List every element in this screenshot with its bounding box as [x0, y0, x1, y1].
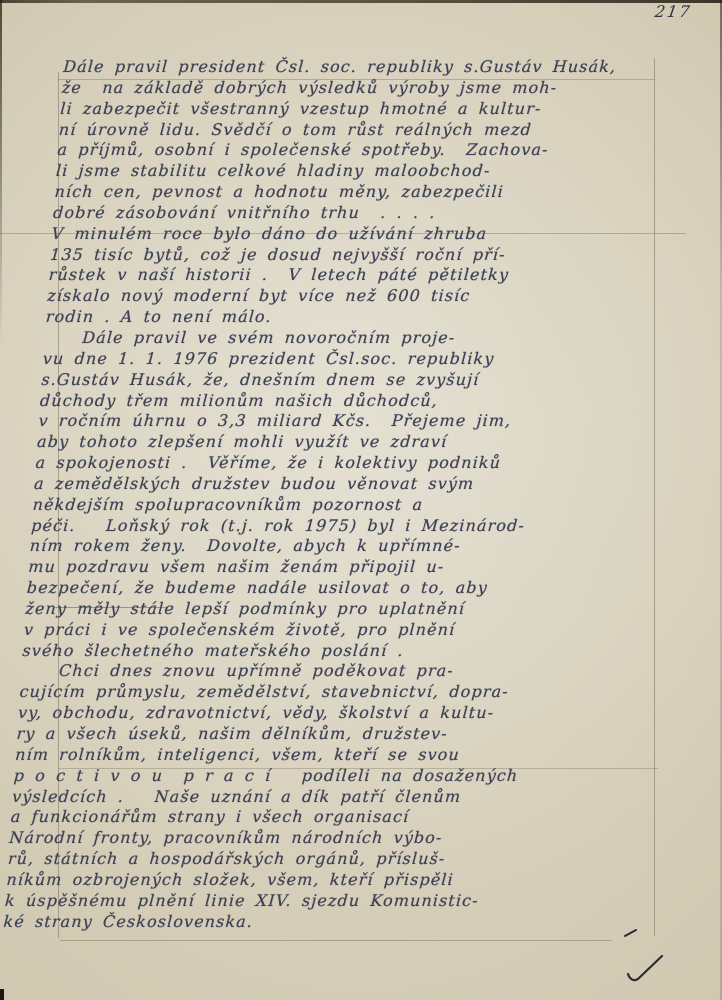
- handwritten-line: vu dne 1. 1. 1976 prezident Čsl.soc. rep…: [42, 349, 643, 370]
- scan-edge-bottom-left: [0, 989, 4, 1000]
- scan-edge-top: [0, 0, 722, 3]
- handwritten-line: a funkcionářům strany i všech organisací: [10, 807, 611, 828]
- handwritten-line: vy, obchodu, zdravotnictví, vědy, školst…: [17, 703, 618, 724]
- handwritten-line: růstek v naší historii . V letech páté p…: [48, 265, 649, 286]
- checkmark-icon: [622, 950, 670, 988]
- handwritten-line: mu pozdravu všem našim ženám připojil u-: [28, 557, 629, 578]
- handwritten-line: ženy měly stále lepší podmínky pro uplat…: [25, 599, 626, 620]
- pencil-rule: [60, 940, 612, 941]
- handwritten-line: a zemědělských družstev budou věnovat sv…: [33, 474, 634, 495]
- handwritten-line: a příjmů, osobní i společenské spotřeby.…: [57, 140, 658, 161]
- handwritten-line: někdejším spolupracovníkům pozornost a: [32, 495, 633, 516]
- scan-edge-left: [0, 0, 2, 345]
- handwritten-line: v práci i ve společenském životě, pro pl…: [23, 620, 624, 641]
- handwritten-line: v ročním úhrnu o 3,3 miliard Kčs. Přejem…: [38, 411, 639, 432]
- handwritten-line: získalo nový moderní byt více než 600 ti…: [47, 286, 648, 307]
- handwritten-line: ké strany Československa.: [3, 912, 604, 933]
- handwritten-line: s.Gustáv Husák, že, dnešním dnem se zvyš…: [41, 370, 642, 391]
- handwritten-line: Dále pravil president Čsl. soc. republik…: [63, 57, 664, 78]
- handwritten-line: bezpečení, že budeme nadále usilovat o t…: [26, 578, 627, 599]
- handwritten-line: p o c t i v o u p r a c í podíleli na do…: [13, 766, 614, 787]
- handwritten-line: k úspěšnému plnění linie XIV. sjezdu Kom…: [4, 891, 605, 912]
- handwritten-line: Národní fronty, pracovníkům národních vý…: [9, 828, 610, 849]
- handwritten-line: a spokojenosti . Věříme, že i kolektivy …: [35, 453, 636, 474]
- handwritten-line: péči. Loňský rok (t.j. rok 1975) byl i M…: [30, 516, 631, 537]
- handwritten-line: svého šlechetného mateřského poslání .: [22, 641, 623, 662]
- handwritten-line: V minulém roce bylo dáno do užívání zhru…: [51, 224, 652, 245]
- handwritten-line: Dále pravil ve svém novoročním proje-: [44, 328, 645, 349]
- handwritten-line: ním rolníkům, inteligenci, všem, kteří s…: [14, 745, 615, 766]
- handwritten-line: li zabezpečit všestranný vzestup hmotné …: [60, 99, 661, 120]
- handwritten-line: výsledcích . Naše uznání a dík patří čle…: [12, 787, 613, 808]
- handwritten-line: dobré zásobování vnitřního trhu . . . .: [52, 203, 653, 224]
- handwritten-line: aby tohoto zlepšení mohli využít ve zdra…: [36, 432, 637, 453]
- handwritten-line: důchody třem milionům našich důchodců,: [39, 391, 640, 412]
- handwritten-line: Chci dnes znovu upřímně poděkovat pra-: [20, 661, 621, 682]
- handwritten-line: ním rokem ženy. Dovolte, abych k upřímné…: [29, 536, 630, 557]
- handwritten-line: 135 tisíc bytů, což je dosud nejvyšší ro…: [49, 245, 650, 266]
- handwritten-line: ry a všech úseků, našim dělníkům, družst…: [16, 724, 617, 745]
- handwritten-line: rů, státních a hospodářských orgánů, pří…: [7, 849, 608, 870]
- pen-dash-mark: [622, 926, 640, 940]
- handwritten-line: níkům ozbrojených složek, všem, kteří př…: [6, 870, 607, 891]
- page-number: 217: [654, 2, 693, 21]
- handwritten-line: že na základě dobrých výsledků výroby js…: [61, 78, 662, 99]
- handwritten-line: rodin . A to není málo.: [45, 307, 646, 328]
- handwritten-line: ní úrovně lidu. Svědčí o tom růst reálný…: [58, 120, 659, 141]
- handwritten-line: cujícím průmyslu, zemědělství, stavebnic…: [19, 682, 620, 703]
- handwritten-line: li jsme stabilitu celkové hladiny maloob…: [55, 161, 656, 182]
- handwritten-text: Dále pravil president Čsl. soc. republik…: [3, 57, 664, 932]
- manuscript-page: 217 Dále pravil president Čsl. soc. repu…: [0, 0, 722, 1000]
- handwritten-line: ních cen, pevnost a hodnotu měny, zabezp…: [54, 182, 655, 203]
